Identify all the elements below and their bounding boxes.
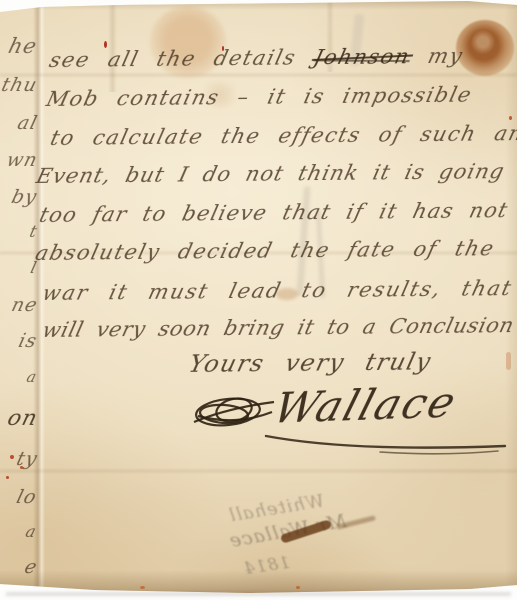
letter-photo: see all the details Johnson my Mob conta…	[0, 0, 517, 600]
horizontal-crease	[0, 72, 517, 78]
red-speck	[509, 116, 512, 120]
red-speck	[296, 586, 300, 589]
letter-line: too far to believe that if it has not	[37, 198, 511, 227]
letter-line-text: my	[407, 44, 466, 69]
letter-line-text: see all the details	[47, 45, 317, 72]
red-speck	[6, 476, 9, 479]
docket-showthrough-year: 1814	[242, 553, 292, 579]
top-edge-shadow	[0, 0, 517, 10]
letter-line: Mob contains – it is impossible	[44, 83, 475, 111]
paper-sheet: see all the details Johnson my Mob conta…	[0, 0, 517, 600]
facing-page-fragment: e	[22, 556, 40, 578]
red-smudge	[506, 352, 511, 370]
seal-stain-highlight	[470, 30, 496, 54]
facing-page-fragment: a	[24, 522, 39, 541]
facing-page-fragment: lo	[15, 486, 40, 508]
facing-page-fragment: on	[4, 406, 40, 431]
struck-word: Johnson	[311, 44, 413, 69]
facing-page-fragment: a	[25, 368, 39, 386]
horizontal-crease	[0, 468, 517, 474]
letter-line: absolutely decided the fate of the	[33, 236, 497, 265]
facing-page-fragment: he	[6, 34, 40, 58]
letter-line: see all the details Johnson my	[47, 44, 466, 72]
facing-page-fragment: al	[15, 112, 40, 134]
facing-page-fragment: wn	[4, 149, 40, 171]
facing-page-fragment: ty	[14, 448, 40, 470]
signature: Wallace	[268, 378, 463, 433]
facing-page-fragment: ne	[9, 294, 40, 316]
ink-scribble	[188, 388, 280, 436]
facing-page-fragment: thu	[0, 74, 40, 96]
facing-page-fragment: t	[27, 222, 39, 241]
facing-page-fragment: is	[16, 330, 39, 352]
facing-page-fragment: l	[29, 258, 40, 277]
red-speck	[10, 455, 14, 459]
letter-line: will very soon bring it to a Conclusion	[40, 313, 517, 342]
closing-line: Yours very truly	[186, 347, 435, 378]
letter-line: to calculate the effects of such an	[48, 121, 517, 150]
letter-line: Event, but I do not think it is going	[34, 159, 507, 188]
red-speck	[140, 586, 145, 589]
letter-line: war it must lead to results, that	[40, 276, 515, 305]
facing-page-fragment: by	[9, 186, 39, 208]
